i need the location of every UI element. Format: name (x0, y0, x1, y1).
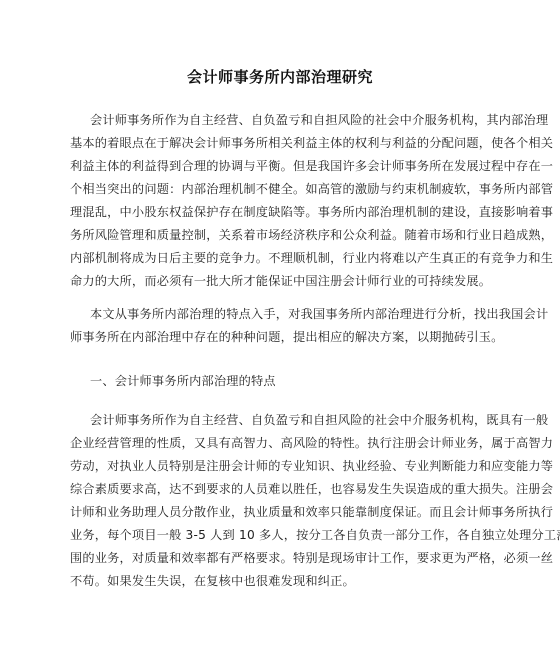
text-line: 利益主体的利益得到合理的协调与平衡。但是我国许多会计师事务所在发展过程中存在一 (70, 155, 490, 178)
text-line: 围的业务，对质量和效率都有严格要求。特别是现场审计工作，要求更为严格，必须一丝 (70, 547, 490, 570)
document-page: 会计师事务所内部治理研究 会计师事务所作为自主经营、自负盈亏和自担风险的社会中介… (0, 0, 560, 665)
text-line: 命力的大所，而必须有一批大所才能保证中国注册会计师行业的可持续发展。 (70, 270, 490, 293)
text-line: 会计师事务所作为自主经营、自负盈亏和自担风险的社会中介服务机构，既具有一般 (70, 409, 490, 432)
text-line: 业务，每个项目一般 3-5 人到 10 多人，按分工各自负责一部分工作，各自独立… (70, 524, 490, 547)
text-line: 基本的着眼点在于解决会计师事务所相关利益主体的权利与利益的分配问题，使各个相关 (70, 132, 490, 155)
section-heading: 一、会计师事务所内部治理的特点 (70, 370, 490, 393)
text-line: 内部机制将成为日后主要的竞争力。不理顺机制，行业内将难以产生真正的有竞争力和生 (70, 247, 490, 270)
text-line: 综合素质要求高，达不到要求的人员难以胜任，也容易发生失误造成的重大损失。注册会 (70, 478, 490, 501)
text-line: 务所风险管理和质量控制，关系着市场经济秩序和公众利益。随着市场和行业日趋成熟， (70, 224, 490, 247)
text-line: 计师和业务助理人员分散作业，执业质量和效率只能靠制度保证。而且会计师事务所执行 (70, 501, 490, 524)
text-line: 不苟。如果发生失误，在复核中也很难发现和纠正。 (70, 570, 490, 593)
text-line: 会计师事务所作为自主经营、自负盈亏和自担风险的社会中介服务机构，其内部治理 (70, 109, 490, 132)
paragraph-intro: 会计师事务所作为自主经营、自负盈亏和自担风险的社会中介服务机构，其内部治理 基本… (70, 109, 490, 293)
document-title: 会计师事务所内部治理研究 (0, 66, 560, 87)
text-line: 本文从事务所内部治理的特点入手，对我国事务所内部治理进行分析，找出我国会计 (70, 303, 490, 326)
text-line: 劳动，对执业人员特别是注册会计师的专业知识、执业经验、专业判断能力和应变能力等 (70, 455, 490, 478)
paragraph-purpose: 本文从事务所内部治理的特点入手，对我国事务所内部治理进行分析，找出我国会计 师事… (70, 303, 490, 349)
text-line: 理混乱，中小股东权益保护存在制度缺陷等。事务所内部治理机制的建设，直接影响着事 (70, 201, 490, 224)
text-line: 企业经营管理的性质，又具有高智力、高风险的特性。执行注册会计师业务，属于高智力 (70, 432, 490, 455)
text-line: 个相当突出的问题：内部治理机制不健全。如高管的激励与约束机制疲软，事务所内部管 (70, 178, 490, 201)
text-line: 师事务所在内部治理中存在的种种问题，提出相应的解决方案，以期抛砖引玉。 (70, 326, 490, 349)
section-heading-text: 一、会计师事务所内部治理的特点 (70, 370, 490, 393)
paragraph-characteristics: 会计师事务所作为自主经营、自负盈亏和自担风险的社会中介服务机构，既具有一般 企业… (70, 409, 490, 593)
